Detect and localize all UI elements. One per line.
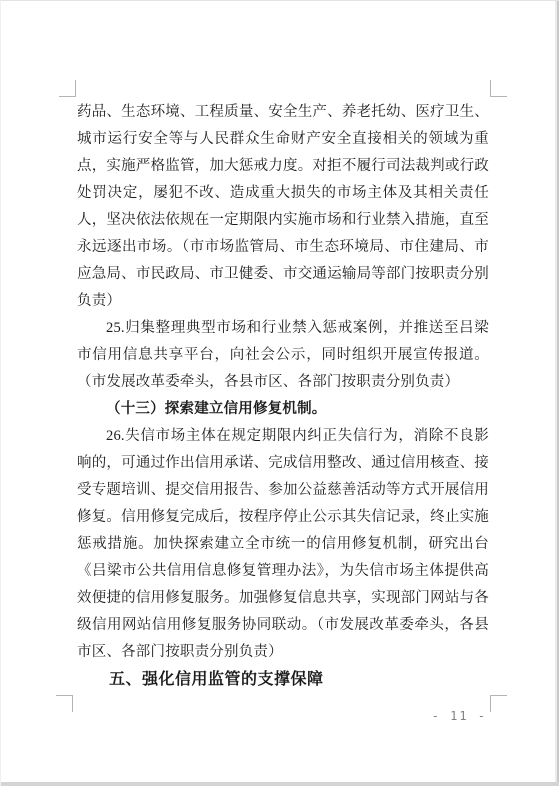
section-heading: 五、强化信用监管的支撑保障 <box>77 666 489 693</box>
paragraph: 25.归集整理典型市场和行业禁入惩戒案例，并推送至吕梁市信用信息共享平台，向社会… <box>77 315 489 396</box>
window-bottom-edge <box>1 782 559 786</box>
document-body: 药品、生态环境、工程质量、安全生产、养老托幼、医疗卫生、城市运行安全等与人民群众… <box>77 99 489 693</box>
sub-heading: （十三）探索建立信用修复机制。 <box>77 396 489 423</box>
paragraph: 药品、生态环境、工程质量、安全生产、养老托幼、医疗卫生、城市运行安全等与人民群众… <box>77 99 489 315</box>
crop-mark-bottom-left <box>56 695 73 712</box>
page-number: - 11 - <box>432 709 487 723</box>
paragraph: 26.失信市场主体在规定期限内纠正失信行为，消除不良影响的，可通过作出信用承诺、… <box>77 423 489 666</box>
document-page: 药品、生态环境、工程质量、安全生产、养老托幼、医疗卫生、城市运行安全等与人民群众… <box>0 0 559 786</box>
crop-mark-top-right <box>490 80 507 97</box>
window-right-edge <box>555 1 559 786</box>
crop-mark-bottom-right <box>490 695 507 712</box>
crop-mark-top-left <box>59 80 76 97</box>
